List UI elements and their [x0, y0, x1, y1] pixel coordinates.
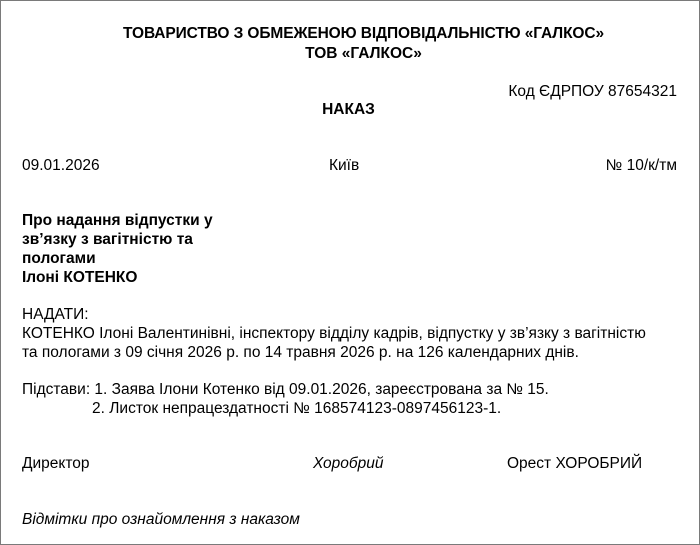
subject-line: Про надання відпустки у	[22, 211, 213, 230]
signatory-name: Орест ХОРОБРИЙ	[507, 455, 642, 473]
grounds-line-1: Підстави: 1. Заява Ілони Котенко від 09.…	[22, 380, 549, 399]
organization-full-name: ТОВАРИСТВО З ОБМЕЖЕНОЮ ВІДПОВІДАЛЬНІСТЮ …	[1, 25, 700, 43]
document-page: ТОВАРИСТВО З ОБМЕЖЕНОЮ ВІДПОВІДАЛЬНІСТЮ …	[0, 0, 700, 545]
order-verb: НАДАТИ:	[22, 305, 646, 324]
grounds-line-2: 2. Листок непрацездатності № 168574123-0…	[22, 399, 549, 418]
order-body: НАДАТИ: КОТЕНКО Ілоні Валентинівні, інсп…	[22, 305, 646, 362]
order-body-line: та пологами з 09 січня 2026 р. по 14 тра…	[22, 343, 646, 362]
order-body-line: КОТЕНКО Ілоні Валентинівні, інспектору в…	[22, 324, 646, 343]
signatory-position: Директор	[22, 455, 90, 473]
organization-short-name: ТОВ «ГАЛКОС»	[1, 45, 700, 63]
order-number: № 10/к/тм	[606, 157, 677, 175]
subject-line: пологами	[22, 249, 213, 268]
order-date: 09.01.2026	[22, 157, 100, 175]
edrpou-code: Код ЄДРПОУ 87654321	[508, 83, 677, 101]
order-subject: Про надання відпустки у зв’язку з вагітн…	[22, 211, 213, 287]
order-grounds: Підстави: 1. Заява Ілони Котенко від 09.…	[22, 380, 549, 418]
acquaintance-note: Відмітки про ознайомлення з наказом	[22, 511, 300, 529]
document-type-title: НАКАЗ	[1, 101, 696, 119]
subject-line: зв’язку з вагітністю та	[22, 230, 213, 249]
signatory-signature: Хоробрий	[313, 455, 383, 473]
order-city: Київ	[329, 157, 359, 175]
subject-line: Ілоні КОТЕНКО	[22, 268, 213, 287]
